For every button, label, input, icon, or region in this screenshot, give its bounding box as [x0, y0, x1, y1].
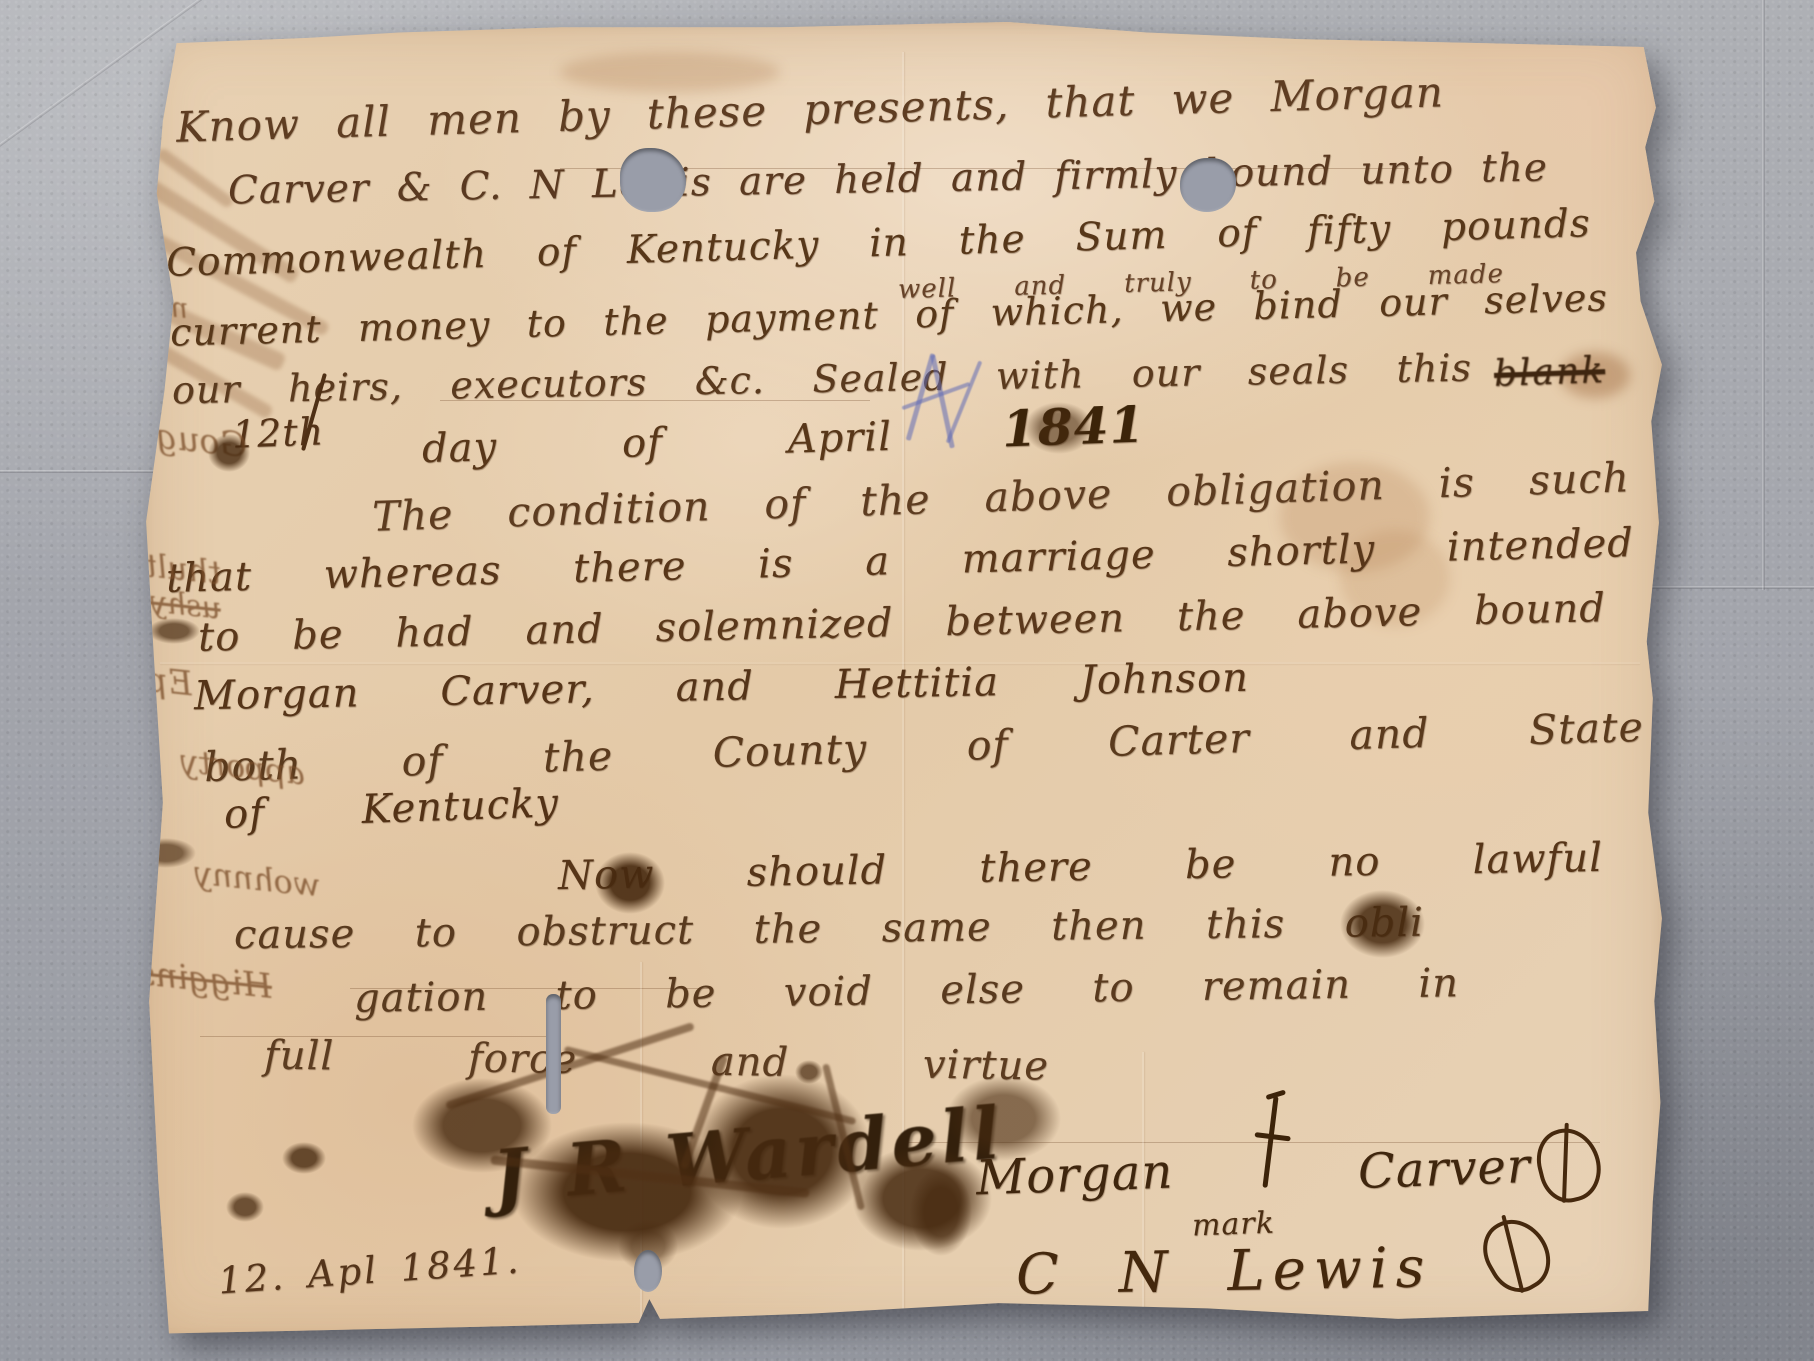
groom-signature-last-name: Carver	[1357, 1139, 1532, 1200]
manuscript-line-4: current money to the payment of which, w…	[170, 276, 1609, 355]
ink-blot	[1024, 402, 1094, 454]
paper-slit-tear	[546, 994, 561, 1114]
manuscript-line-9: Morgan Carver, and Hettitia Johnson	[194, 655, 1250, 719]
footer-date: 12. Apl 1841.	[217, 1239, 523, 1303]
surface-seam-vertical	[1762, 0, 1765, 590]
ink-blot	[282, 1142, 326, 1174]
manuscript-line-10: both of the County of Carter and State	[204, 704, 1645, 791]
ink-blot	[1340, 890, 1425, 958]
ink-blot	[910, 1168, 972, 1256]
bleedthrough-scribble: wohnny	[192, 853, 322, 904]
manuscript-line-13: cause to obstruct the same then this obl…	[234, 900, 1424, 958]
ink-blot	[208, 434, 250, 472]
struck-out-word: blank	[1493, 350, 1605, 395]
bleedthrough-scribble: Ep	[144, 660, 195, 705]
ink-blot	[795, 1060, 823, 1084]
ink-blot	[136, 838, 196, 868]
bleedthrough-scribble: my	[144, 288, 190, 325]
manuscript-line-12: Now should there be no lawful	[558, 835, 1604, 899]
small-hole	[634, 1250, 662, 1292]
lewis-seal-flourish	[1472, 1207, 1563, 1302]
ink-blot	[595, 852, 665, 914]
bleedthrough-scribble: Higgins	[136, 953, 274, 1007]
manuscript-line-2: Carver & C. N Lewis are held and firmly …	[228, 146, 1549, 214]
punch-hole	[620, 148, 686, 212]
document-paper: Know all men by these presents, that we …	[140, 22, 1665, 1340]
manuscript-line-1: Know all men by these presents, that we …	[176, 68, 1445, 152]
punch-hole	[1180, 158, 1236, 212]
bondsman-signature: C N Lewis	[1015, 1236, 1432, 1308]
date-month: day of April	[421, 414, 892, 472]
ink-blot	[946, 1076, 1061, 1161]
manuscript-line-5: our heirs, executors &c. Sealed with our…	[172, 347, 1473, 413]
manuscript-line-14: gation to be void else to remain in	[354, 960, 1460, 1021]
ink-blot	[226, 1192, 264, 1222]
photo-of-marriage-bond-document: { "photo": { "description": "Photograph …	[0, 0, 1814, 1361]
ink-blot	[148, 618, 200, 644]
carver-seal-flourish	[1530, 1122, 1608, 1209]
aged-paper-sheet: Know all men by these presents, that we …	[140, 22, 1665, 1340]
